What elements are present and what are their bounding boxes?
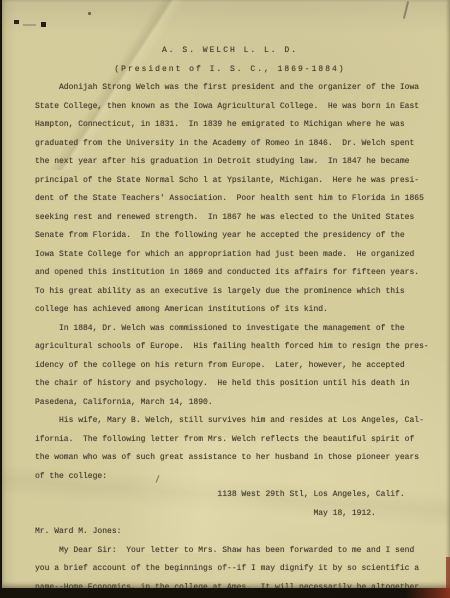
text-line: and opened this institution in 1869 and …: [35, 264, 425, 283]
document-body: Adonijah Strong Welch was the first pres…: [35, 79, 425, 597]
text-line: idency of the college on his return from…: [35, 357, 425, 376]
text-line: Iowa State College for which an appropri…: [35, 246, 425, 265]
text-line: Adonijah Strong Welch was the first pres…: [35, 79, 425, 98]
document-title: A. S. WELCH L. L. D.: [35, 42, 425, 61]
text-line: dent of the State Teachers' Association.…: [35, 190, 425, 209]
text-line: State College, then known as the Iowa Ag…: [35, 98, 425, 117]
text-line: of the college:: [35, 468, 425, 487]
text-line: Mr. Ward M. Jones:: [35, 523, 425, 542]
corner-stain: [446, 557, 450, 591]
text-line: the woman who was of such great assistan…: [35, 449, 425, 468]
text-line: To his great ability as an executive is …: [35, 283, 425, 302]
text-line: Pasedena, California, March 14, 1890.: [35, 394, 425, 413]
paper-speck: [88, 12, 91, 15]
text-line: college has achieved among American inst…: [35, 301, 425, 320]
text-line: ifornia. The following letter from Mrs. …: [35, 431, 425, 450]
text-line: the chair of history and psychology. He …: [35, 375, 425, 394]
scanned-page: A. S. WELCH L. L. D. (President of I. S.…: [0, 0, 450, 598]
text-line: Senate from Florida. In the following ye…: [35, 227, 425, 246]
text-line: May 18, 1912.: [35, 505, 425, 524]
scan-edge-shadow: [0, 588, 450, 598]
text-line: graduated from the University in the Aca…: [35, 135, 425, 154]
text-line: Hampton, Connecticut, in 1831. In 1839 h…: [35, 116, 425, 135]
text-line: agricultural schools of Europe. His fail…: [35, 338, 425, 357]
text-line: you a brief account of the beginnings of…: [35, 560, 425, 579]
text-line: the next year after his graduation in De…: [35, 153, 425, 172]
staple-mark: [23, 24, 36, 26]
text-line: My Dear Sir: Your letter to Mrs. Shaw ha…: [35, 542, 425, 561]
typewritten-text: A. S. WELCH L. L. D. (President of I. S.…: [35, 42, 425, 597]
text-line: His wife, Mary B. Welch, still survives …: [35, 412, 425, 431]
document-subtitle: (President of I. S. C., 1869-1884): [35, 61, 425, 80]
pencil-mark: [403, 1, 409, 19]
text-line: In 1884, Dr. Welch was commissioned to i…: [35, 320, 425, 339]
text-line: principal of the State Normal Scho l at …: [35, 172, 425, 191]
paper-sheet: A. S. WELCH L. L. D. (President of I. S.…: [2, 0, 450, 588]
staple-mark: [14, 20, 19, 24]
text-line: seeking rest and renewed strength. In 18…: [35, 209, 425, 228]
text-line: 1138 West 29th Stl, Los Angeles, Calif.: [35, 486, 425, 505]
staple-mark: [41, 22, 46, 27]
